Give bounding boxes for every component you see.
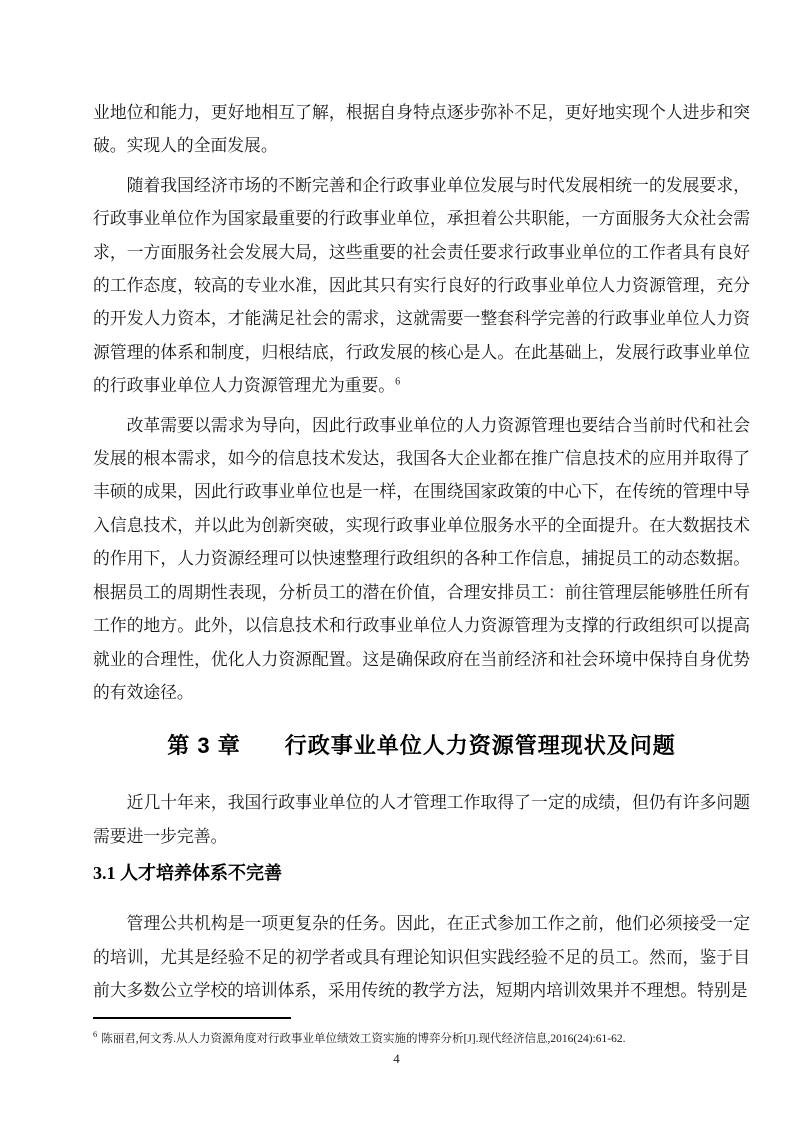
document-page: 业地位和能力，更好地相互了解，根据自身特点逐步弥补不足，更好地实现个人进步和突破… bbox=[0, 0, 793, 1122]
footnote-reference: 6 bbox=[395, 377, 400, 388]
page-body: 业地位和能力，更好地相互了解，根据自身特点逐步弥补不足，更好地实现个人进步和突破… bbox=[93, 96, 750, 1013]
page-number: 4 bbox=[0, 1051, 793, 1067]
body-paragraph: 改革需要以需求为导向，因此行政事业单位的人力资源管理也要结合当前时代和社会发展的… bbox=[93, 409, 750, 710]
footnote-area: 6陈丽君,何文秀.从人力资源角度对行政事业单位绩效工资实施的博弈分析[J].现代… bbox=[93, 1017, 750, 1047]
footnote-separator-rule bbox=[93, 1017, 291, 1019]
chapter-heading: 第 3 章行政事业单位人力资源管理现状及问题 bbox=[93, 729, 750, 760]
footnote-marker: 6 bbox=[93, 1029, 97, 1039]
body-paragraph-continued: 业地位和能力，更好地相互了解，根据自身特点逐步弥补不足，更好地实现个人进步和突破… bbox=[93, 96, 750, 163]
footnote: 6陈丽君,何文秀.从人力资源角度对行政事业单位绩效工资实施的博弈分析[J].现代… bbox=[93, 1026, 750, 1047]
body-paragraph: 管理公共机构是一项更复杂的任务。因此，在正式参加工作之前，他们必须接受一定的培训… bbox=[93, 907, 750, 1007]
chapter-title: 行政事业单位人力资源管理现状及问题 bbox=[285, 733, 676, 758]
section-heading: 3.1 人才培养体系不完善 bbox=[93, 859, 750, 885]
chapter-number: 第 3 章 bbox=[167, 733, 240, 758]
footnote-text: 陈丽君,何文秀.从人力资源角度对行政事业单位绩效工资实施的博弈分析[J].现代经… bbox=[101, 1033, 625, 1045]
body-paragraph: 近几十年来，我国行政事业单位的人才管理工作取得了一定的成绩，但仍有许多问题需要进… bbox=[93, 786, 750, 853]
body-paragraph: 随着我国经济市场的不断完善和企行政事业单位发展与时代发展相统一的发展要求，行政事… bbox=[93, 169, 750, 403]
paragraph-text: 随着我国经济市场的不断完善和企行政事业单位发展与时代发展相统一的发展要求，行政事… bbox=[93, 176, 750, 395]
